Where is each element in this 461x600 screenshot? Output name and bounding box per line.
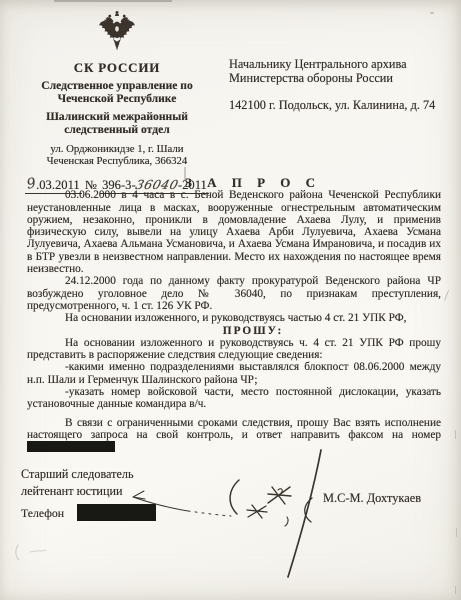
signer-position-line1: Старший следователь <box>21 468 134 481</box>
paragraph-request: На основании изложенного и руководствуяс… <box>27 337 441 362</box>
request-heading: ПРОШУ: <box>27 325 441 337</box>
paragraph-incident: 03.06.2000 в 4 часа в с. Беной Веденског… <box>27 189 441 275</box>
recipient-block: Начальнику Центрального архива Министерс… <box>229 57 455 113</box>
scan-edge-line <box>54 0 172 2</box>
org-address-line1: ул. Орджоникидзе 1, г. Шали <box>3 143 231 155</box>
document-body: З А П Р О С 03.06.2000 в 4 часа в с. Бен… <box>27 177 441 454</box>
scan-speck <box>455 430 456 439</box>
request-item-2: -указать номер войсковой части, место по… <box>27 386 441 411</box>
scan-speck <box>456 528 457 537</box>
letterhead: СК РОССИИ Следственное управление по Чеч… <box>3 8 231 193</box>
recipient-address: 142100 г. Подольск, ул. Калинина, д. 74 <box>229 98 455 112</box>
redaction-bar-fax-number <box>27 441 115 452</box>
recipient-line1: Начальнику Центрального архива <box>229 57 455 71</box>
paragraph-closing: В связи с ограниченными сроками следстви… <box>27 417 441 454</box>
org-office: Шалинский межрайонный следственный отдел <box>3 111 231 136</box>
coat-of-arms-icon <box>96 8 138 53</box>
signer-position-line2: лейтенант юстиции <box>21 485 123 498</box>
org-name: СК РОССИИ <box>3 60 231 76</box>
scanned-document-page: СК РОССИИ Следственное управление по Чеч… <box>0 0 461 600</box>
closing-text: В связи с ограниченными сроками следстви… <box>27 417 441 441</box>
scan-edge-artifact <box>0 0 54 5</box>
org-department-line2: Чеченской Республике <box>3 93 231 106</box>
signer-name: М.С-М. Дохтукаев <box>323 492 421 505</box>
scan-speck <box>444 290 449 301</box>
org-address: ул. Орджоникидзе 1, г. Шали Чеченская Ре… <box>3 143 231 167</box>
redaction-bar-phone-number <box>77 504 156 521</box>
paragraph-case: 24.12.2000 года по данному факту прокура… <box>27 275 441 312</box>
scan-speck <box>455 586 456 594</box>
request-item-1: -какими именно подразделениями выставлял… <box>27 361 441 386</box>
org-office-line1: Шалинский межрайонный <box>3 111 231 124</box>
scan-speck <box>430 12 434 14</box>
org-department: Следственное управление по Чеченской Рес… <box>3 80 231 105</box>
org-office-line2: следственный отдел <box>3 124 231 137</box>
org-address-line2: Чеченская Республика, 366324 <box>3 155 231 167</box>
org-department-line1: Следственное управление по <box>3 80 231 93</box>
paragraph-legal-basis: На основании изложенного, и руководствуя… <box>27 312 441 324</box>
recipient-line2: Министерства обороны России <box>229 71 455 85</box>
document-title: З А П Р О С <box>27 177 441 189</box>
phone-label: Телефон <box>21 507 64 520</box>
